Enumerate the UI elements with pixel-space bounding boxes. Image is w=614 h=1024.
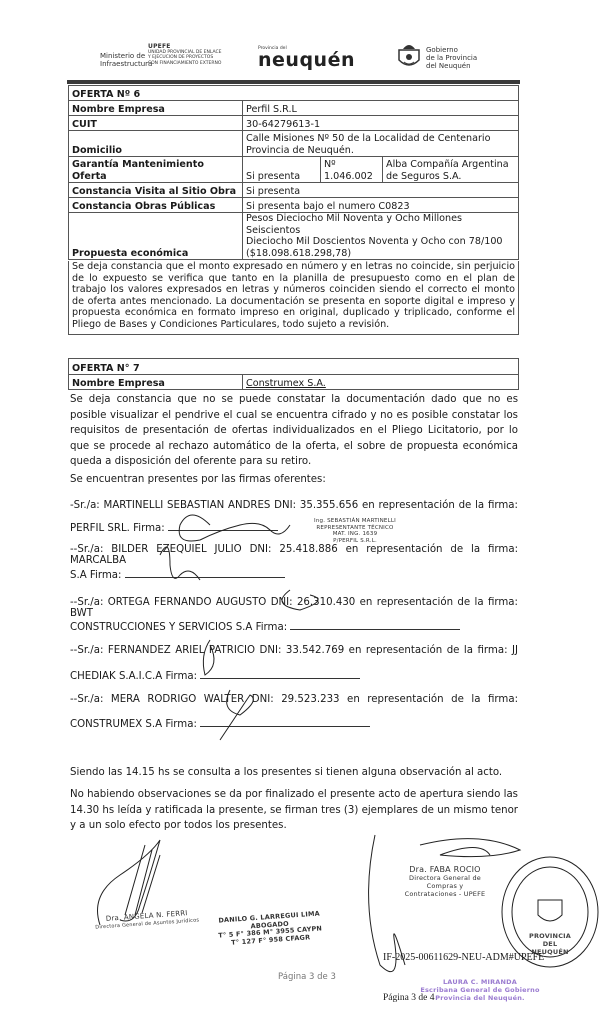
gobierno-line-2: de la Provincia [426,54,477,62]
faba-stamp: Dra. FABA ROCIO Directora General de Com… [395,866,495,898]
faba-title-2: Contrataciones - UPEFE [395,890,495,898]
closing-p1: Siendo las 14.15 hs se consulta a los pr… [70,767,502,778]
presente-2-firma-label: S.A Firma: [70,570,121,581]
domicilio-line-1: Calle Misiones Nº 50 de la Localidad de … [246,133,515,145]
row-value: Pesos Dieciocho Mil Noventa y Ocho Millo… [243,213,519,260]
row-value: 30-64279613-1 [243,116,519,131]
row-value: Si presenta bajo el numero C0823 [243,198,519,213]
garantia-aseguradora: Alba Compañía Argentina de Seguros S.A. [383,157,519,183]
garantia-value: Si presenta [243,157,321,183]
faba-title-1: Directora General de Compras y [395,874,495,890]
row-value: Construmex S.A. [243,375,519,390]
row-label: Constancia Visita al Sitio Obra [69,183,243,198]
propuesta-line-1: Pesos Dieciocho Mil Noventa y Ocho Millo… [246,213,515,236]
header-rule [67,80,520,84]
ministry-line-1: Ministerio de [100,52,152,60]
oferta-7-title: OFERTA N° 7 [69,359,519,375]
oferta-6-note: Se deja constancia que el monto expresad… [68,261,519,335]
row-value: Calle Misiones Nº 50 de la Localidad de … [243,131,519,157]
faba-name: Dra. FABA ROCIO [395,866,495,874]
garantia-numero: Nº 1.046.002 [321,157,383,183]
neuquen-logo: neuquén [258,50,355,70]
document-id: IF-2025-00611629-NEU-ADM#UPEFE [383,952,544,963]
upefe-logo-text: UPEFE UNIDAD PROVINCIAL DE ENLACE Y EJEC… [148,44,221,66]
domicilio-line-2: Provincia de Neuquén. [246,145,515,157]
larregui-stamp: DANILO G. LARREGUI LIMA ABOGADO T° 5 F° … [214,910,326,948]
propuesta-line-2: Dieciocho Mil Doscientos Noventa y Ocho … [246,236,515,248]
row-label: CUIT [69,116,243,131]
oferta-6-table: OFERTA Nº 6 Nombre Empresa Perfil S.R.L … [68,85,519,260]
row-label: Nombre Empresa [69,375,243,390]
row-label: Domicilio [69,131,243,157]
page-number-inner: Página 3 de 3 [278,972,336,982]
seal-line-1: PROVINCIA [522,932,578,940]
propuesta-line-3: ($18.098.618.298,78) [246,248,515,260]
miranda-name: LAURA C. MIRANDA [400,978,560,986]
seal-line-2: DEL [522,940,578,948]
numero-label: Nº [324,159,379,171]
aseguradora-line-1: Alba Compañía Argentina [386,159,515,171]
row-label: Nombre Empresa [69,101,243,116]
row-label: Garantía Mantenimiento Oferta [69,157,243,183]
presentes-intro: Se encuentran presentes por las firmas o… [70,474,326,485]
coat-of-arms-icon [396,42,422,70]
oferta-7-table: OFERTA N° 7 Nombre Empresa Construmex S.… [68,358,519,390]
row-label: Constancia Obras Públicas [69,198,243,213]
handwritten-signatures [150,495,330,745]
row-value: Perfil S.R.L [243,101,519,116]
row-value: Si presenta [243,183,519,198]
gobierno-line-3: del Neuquén [426,62,477,70]
ministry-logo-text: Ministerio de Infraestructura [100,52,152,68]
upefe-line-3: CON FINANCIAMIENTO EXTERNO [148,61,221,67]
page-number-outer: Página 3 de 4 [383,993,434,1003]
aseguradora-line-2: de Seguros S.A. [386,171,515,183]
oferta-6-title: OFERTA Nº 6 [69,86,519,101]
gobierno-logo-text: Gobierno de la Provincia del Neuquén [426,46,477,70]
oferta-7-note: Se deja constancia que no se puede const… [70,392,518,470]
upefe-line-2: Y EJECUCION DE PROYECTOS [148,55,221,61]
gobierno-line-1: Gobierno [426,46,477,54]
row-label: Propuesta económica [69,213,243,260]
ministry-line-2: Infraestructura [100,60,152,68]
numero-value: 1.046.002 [324,171,379,183]
